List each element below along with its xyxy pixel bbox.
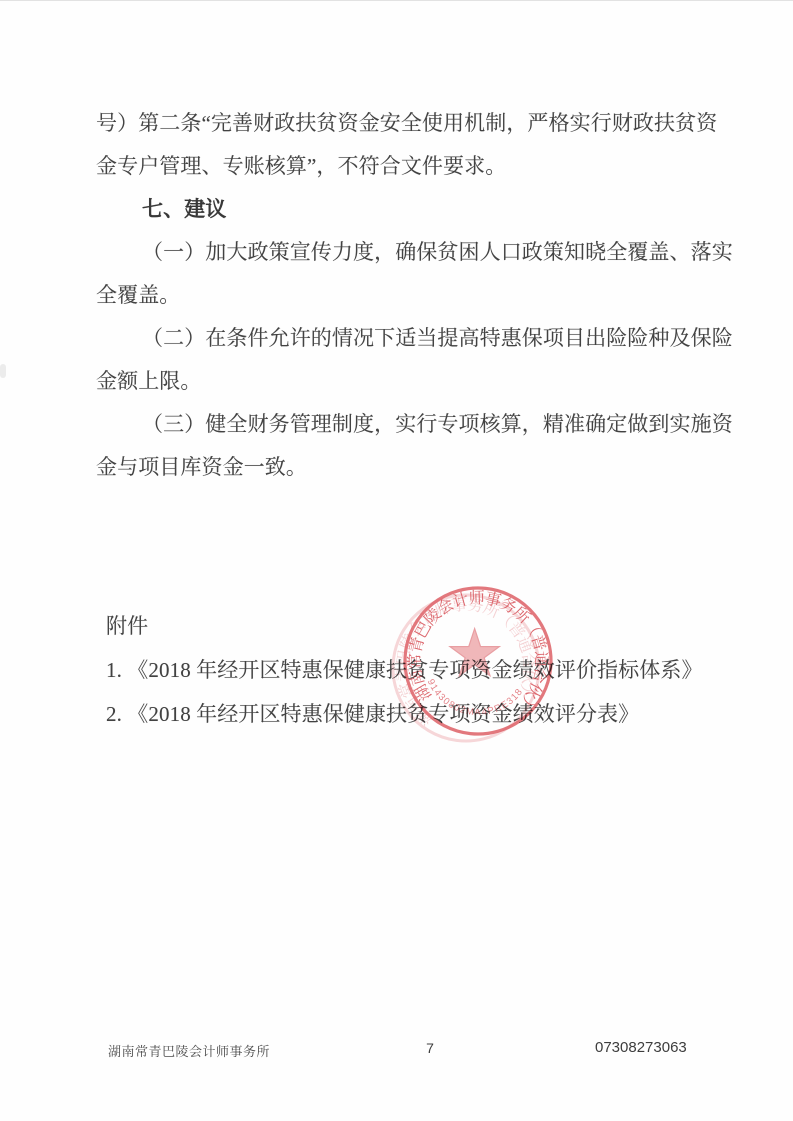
document-body: 号）第二条“完善财政扶贫资金安全使用机制，严格实行财政扶贫资 金专户管理、专账核… xyxy=(96,102,736,489)
footer-page-number: 7 xyxy=(380,1040,480,1056)
scan-smudge xyxy=(0,364,6,378)
body-line: （三）健全财务管理制度，实行专项核算，精准确定做到实施资 xyxy=(96,403,736,446)
scan-edge-artifact xyxy=(0,0,793,1)
body-line: 金与项目库资金一致。 xyxy=(96,446,736,489)
body-line: 金额上限。 xyxy=(96,360,736,403)
scanned-document-page: 号）第二条“完善财政扶贫资金安全使用机制，严格实行财政扶贫资 金专户管理、专账核… xyxy=(0,0,793,1121)
section-heading: 七、建议 xyxy=(96,188,736,231)
footer-phone-number: 07308273063 xyxy=(595,1039,705,1056)
body-line: （二）在条件允许的情况下适当提高特惠保项目出险险种及保险 xyxy=(96,317,736,360)
body-line: 全覆盖。 xyxy=(96,274,736,317)
body-line: 金专户管理、专账核算”，不符合文件要求。 xyxy=(96,145,736,188)
body-line: （一）加大政策宣传力度，确保贫困人口政策知晓全覆盖、落实 xyxy=(96,231,736,274)
footer-company-name: 湖南常青巴陵会计师事务所 xyxy=(108,1041,270,1060)
attachments-label: 附件 xyxy=(106,604,726,648)
attachment-item: 2. 《2018 年经开区特惠保健康扶贫专项资金绩效评分表》 xyxy=(106,692,726,736)
attachments-block: 附件 1. 《2018 年经开区特惠保健康扶贫专项资金绩效评价指标体系》 2. … xyxy=(106,604,726,736)
attachment-item: 1. 《2018 年经开区特惠保健康扶贫专项资金绩效评价指标体系》 xyxy=(106,648,726,692)
body-line: 号）第二条“完善财政扶贫资金安全使用机制，严格实行财政扶贫资 xyxy=(96,102,736,145)
page-footer: 湖南常青巴陵会计师事务所 7 07308273063 xyxy=(0,1038,793,1062)
